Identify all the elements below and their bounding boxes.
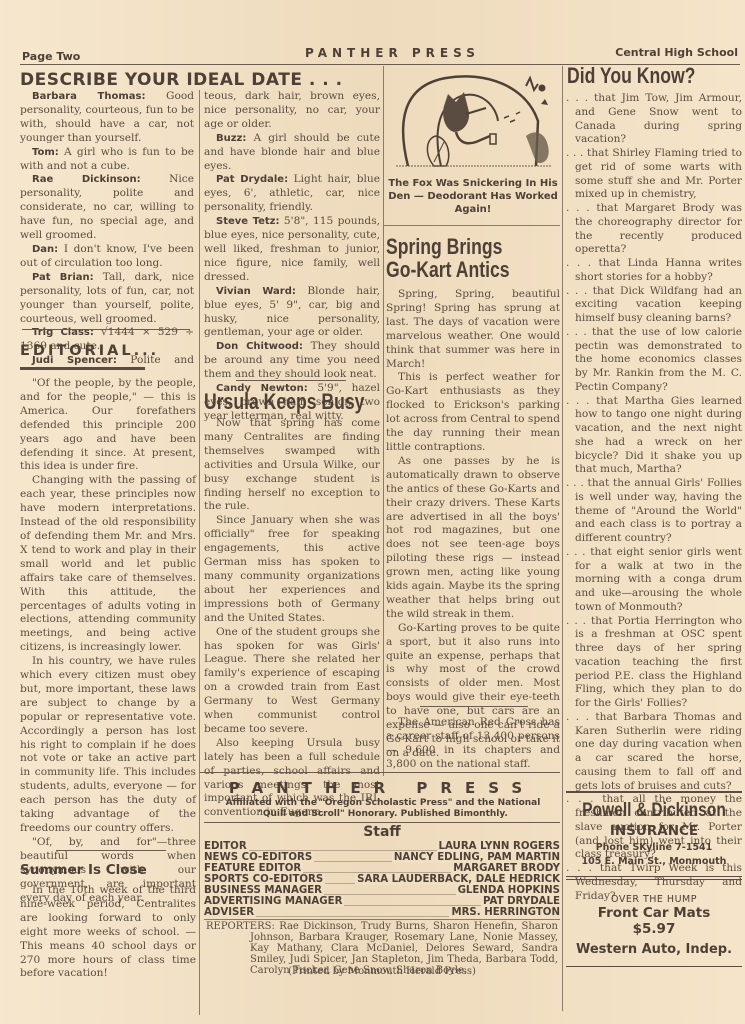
ideal-date-entry: Barbara Thomas: Good personality, courte… [20,90,194,146]
insurance-ad-type: INSURANCE [566,823,742,839]
section-divider [22,329,190,330]
masthead-affiliation: Affiliated with the "Oregon Scholastic P… [222,798,544,820]
auto-ad-store: Western Auto, Indep. [566,942,742,957]
editorial-title: EDITORIAL... [20,343,159,359]
section-divider [566,791,742,793]
ideal-date-entry: Tom: A girl who is fun to be with and no… [20,146,194,174]
column-divider [383,66,384,776]
did-you-know-item: . . . that the annual Girls' Follies is … [566,477,742,546]
auto-ad-tagline: OVER THE HUMP [566,894,742,905]
did-you-know-item: . . . that Margaret Brody was the choreo… [566,202,742,257]
section-divider [204,822,560,823]
ad-divider [566,876,742,877]
did-you-know-item: . . . that Barbara Thomas and Karen Suth… [566,711,742,794]
ursula-body: Now that spring has come many Centralite… [204,417,380,820]
insurance-ad-phone: Phone SKyline 7-1541 [566,842,742,853]
editorial-underline [20,367,145,370]
did-you-know-item: . . . that eight senior girls went for a… [566,546,742,615]
section-divider [204,919,560,920]
newspaper-page: Page Two PANTHER PRESS Central High Scho… [0,0,745,1024]
ad-divider [566,879,742,880]
ideal-date-entry: Pat Brian: Tall, dark, nice personality,… [20,271,194,327]
auto-ad: OVER THE HUMP Front Car Mats $5.97 Weste… [566,894,742,957]
insurance-ad-address: 105 E. Main St., Monmouth [566,856,742,867]
masthead-box-title: PANTHER PRESS [204,779,560,797]
staff-row: SPORTS CO-EDITORSSARA LAUDERBACK, DALE H… [204,874,560,885]
ursula-title: Ursula Keeps Busy [204,389,364,415]
section-divider [56,850,166,851]
section-divider [420,706,528,707]
auto-ad-product: Front Car Mats [566,905,742,921]
editorial-body: "Of the people, by the people, and for t… [20,377,196,905]
section-divider [200,772,560,773]
ideal-date-title: DESCRIBE YOUR IDEAL DATE . . . [20,70,343,90]
did-you-know-item: . . . that Martha Gies learned how to ta… [566,395,742,478]
insurance-ad: Powell & Dickinson INSURANCE Phone SKyli… [566,800,742,867]
fox-cartoon-icon [386,66,558,172]
staff-row: NEWS CO-EDITORSNANCY EDLING, PAM MARTIN [204,852,560,863]
ideal-date-column-2: teous, dark hair, brown eyes, nice perso… [204,90,380,424]
staff-row: FEATURE EDITORMARGARET BRODY [204,863,560,874]
school-name: Central High School [615,46,738,59]
did-you-know-item: . . . that Shirley Flaming tried to get … [566,147,742,202]
did-you-know-item: . . . that Linda Hanna writes short stor… [566,257,742,285]
ideal-date-entry: Buzz: A girl should be cute and have blo… [204,132,380,174]
did-you-know-list: . . . that Jim Tow, Jim Armour, and Gene… [566,92,742,903]
section-divider [236,380,346,381]
summer-title: Summer Is Close [20,862,147,878]
ideal-date-entry: Steve Tetz: 5'8", 115 pounds, blue eyes,… [204,215,380,285]
ideal-date-column-1: Barbara Thomas: Good personality, courte… [20,90,194,368]
staff-heading: Staff [204,824,560,840]
red-cross-note: The American Red Cross has a career staf… [386,716,560,772]
column-divider [199,90,200,1015]
gokart-body: Spring, Spring, beautiful Spring! Spring… [386,288,560,761]
cartoon-caption: The Fox Was Snickering In His Den — Deod… [388,177,558,216]
ad-divider [566,966,742,967]
section-divider [384,225,560,226]
staff-list: EDITORLAURA LYNN ROGERS NEWS CO-EDITORSN… [204,841,560,918]
summer-body: In the 10th week of the third nine-week … [20,884,196,981]
staff-row: ADVERTISING MANAGERPAT DRYDALE [204,896,560,907]
gokart-title: Spring Brings Go-Kart Antics [386,235,510,281]
masthead-title: PANTHER PRESS [305,46,480,60]
staff-row: ADVISERMRS. HERRINGTON [204,907,560,918]
did-you-know-item: . . . that Jim Tow, Jim Armour, and Gene… [566,92,742,147]
did-you-know-title: Did You Know? [567,63,695,89]
staff-row: BUSINESS MANAGERGLENDA HOPKINS [204,885,560,896]
ideal-date-entry: Don Chitwood: They should be around any … [204,340,380,382]
insurance-ad-name: Powell & Dickinson [565,800,742,822]
ideal-date-entry-continued: teous, dark hair, brown eyes, nice perso… [204,90,380,132]
column-divider [562,66,563,1011]
printer-credit: (Printed by Monmouth Herald Press) [204,966,560,977]
did-you-know-item: . . . that Portia Herrington who is a fr… [566,615,742,711]
auto-ad-price: $5.97 [566,921,742,937]
did-you-know-item: . . . that the use of low calorie pectin… [566,326,742,395]
ideal-date-entry: Pat Drydale: Light hair, blue eyes, 6', … [204,173,380,215]
staff-row: EDITORLAURA LYNN ROGERS [204,841,560,852]
ideal-date-entry: Vivian Ward: Blonde hair, blue eyes, 5' … [204,285,380,341]
did-you-know-item: . . . that Dick Wildfang had an exciting… [566,285,742,326]
ideal-date-entry: Rae Dickinson: Nice personality, polite … [20,173,194,243]
page-number: Page Two [22,50,80,63]
ideal-date-entry: Dan: I don't know, I've been out of circ… [20,243,194,271]
fox-cartoon [386,66,558,172]
